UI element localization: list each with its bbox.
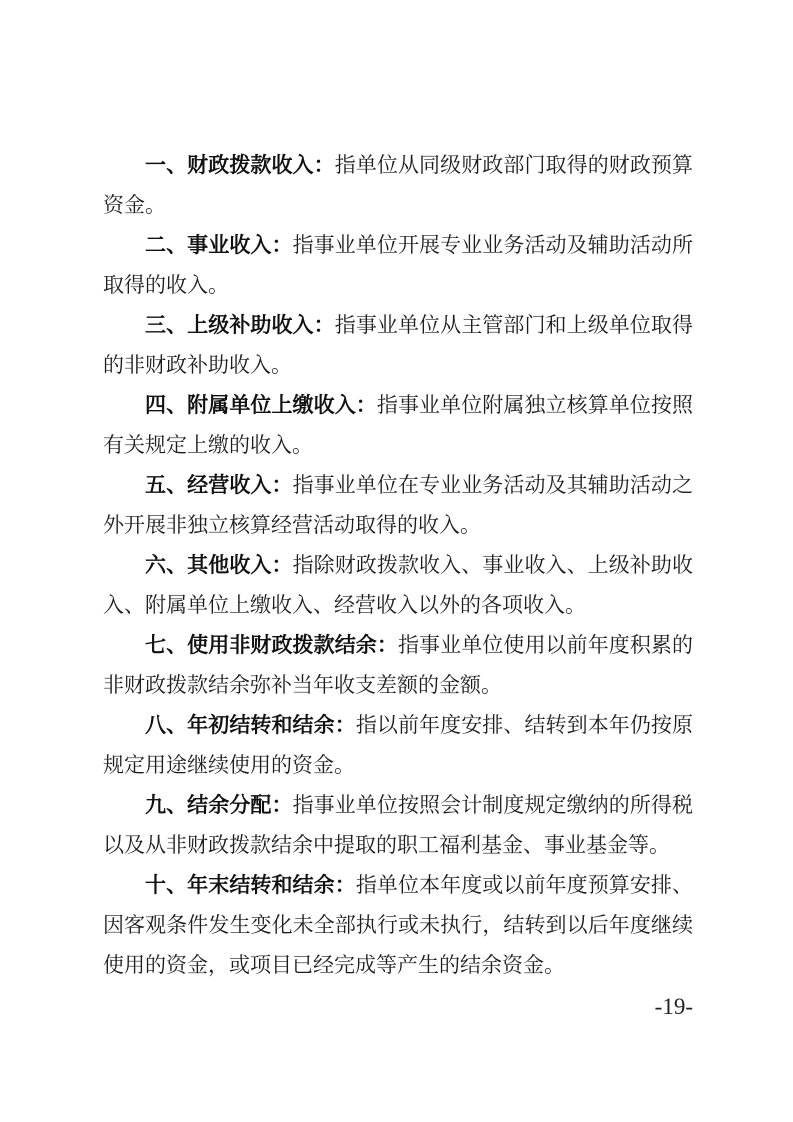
document-content: 一、财政拨款收入：指单位从同级财政部门取得的财政预算资金。 二、事业收入：指事业…	[103, 0, 693, 1021]
term-label: 九、结余分配：	[145, 793, 293, 817]
definition-paragraph: 七、使用非财政拨款结余：指事业单位使用以前年度积累的非财政拨款结余弥补当年收支差…	[103, 625, 693, 705]
definition-paragraph: 九、结余分配：指事业单位按照会计制度规定缴纳的所得税以及从非财政拨款结余中提取的…	[103, 785, 693, 865]
term-label: 五、经营收入：	[145, 473, 293, 497]
definition-paragraph: 四、附属单位上缴收入：指事业单位附属独立核算单位按照有关规定上缴的收入。	[103, 385, 693, 465]
definitions-list: 一、财政拨款收入：指单位从同级财政部门取得的财政预算资金。 二、事业收入：指事业…	[103, 145, 693, 985]
definition-paragraph: 十、年末结转和结余：指单位本年度或以前年度预算安排、因客观条件发生变化未全部执行…	[103, 865, 693, 985]
definition-paragraph: 三、上级补助收入：指事业单位从主管部门和上级单位取得的非财政补助收入。	[103, 305, 693, 385]
term-label: 一、财政拨款收入：	[145, 153, 335, 177]
term-label: 八、年初结转和结余：	[145, 713, 356, 737]
term-label: 四、附属单位上缴收入：	[145, 393, 377, 417]
page-number: -19-	[103, 993, 693, 1021]
definition-paragraph: 一、财政拨款收入：指单位从同级财政部门取得的财政预算资金。	[103, 145, 693, 225]
term-label: 十、年末结转和结余：	[145, 873, 356, 897]
term-label: 二、事业收入：	[145, 233, 293, 257]
term-label: 三、上级补助收入：	[145, 313, 335, 337]
term-label: 七、使用非财政拨款结余：	[145, 633, 398, 657]
definition-paragraph: 八、年初结转和结余：指以前年度安排、结转到本年仍按原规定用途继续使用的资金。	[103, 705, 693, 785]
document-page: 一、财政拨款收入：指单位从同级财政部门取得的财政预算资金。 二、事业收入：指事业…	[0, 0, 793, 1122]
definition-paragraph: 五、经营收入：指事业单位在专业业务活动及其辅助活动之外开展非独立核算经营活动取得…	[103, 465, 693, 545]
definition-paragraph: 二、事业收入：指事业单位开展专业业务活动及辅助活动所取得的收入。	[103, 225, 693, 305]
term-label: 六、其他收入：	[145, 553, 293, 577]
definition-paragraph: 六、其他收入：指除财政拨款收入、事业收入、上级补助收入、附属单位上缴收入、经营收…	[103, 545, 693, 625]
